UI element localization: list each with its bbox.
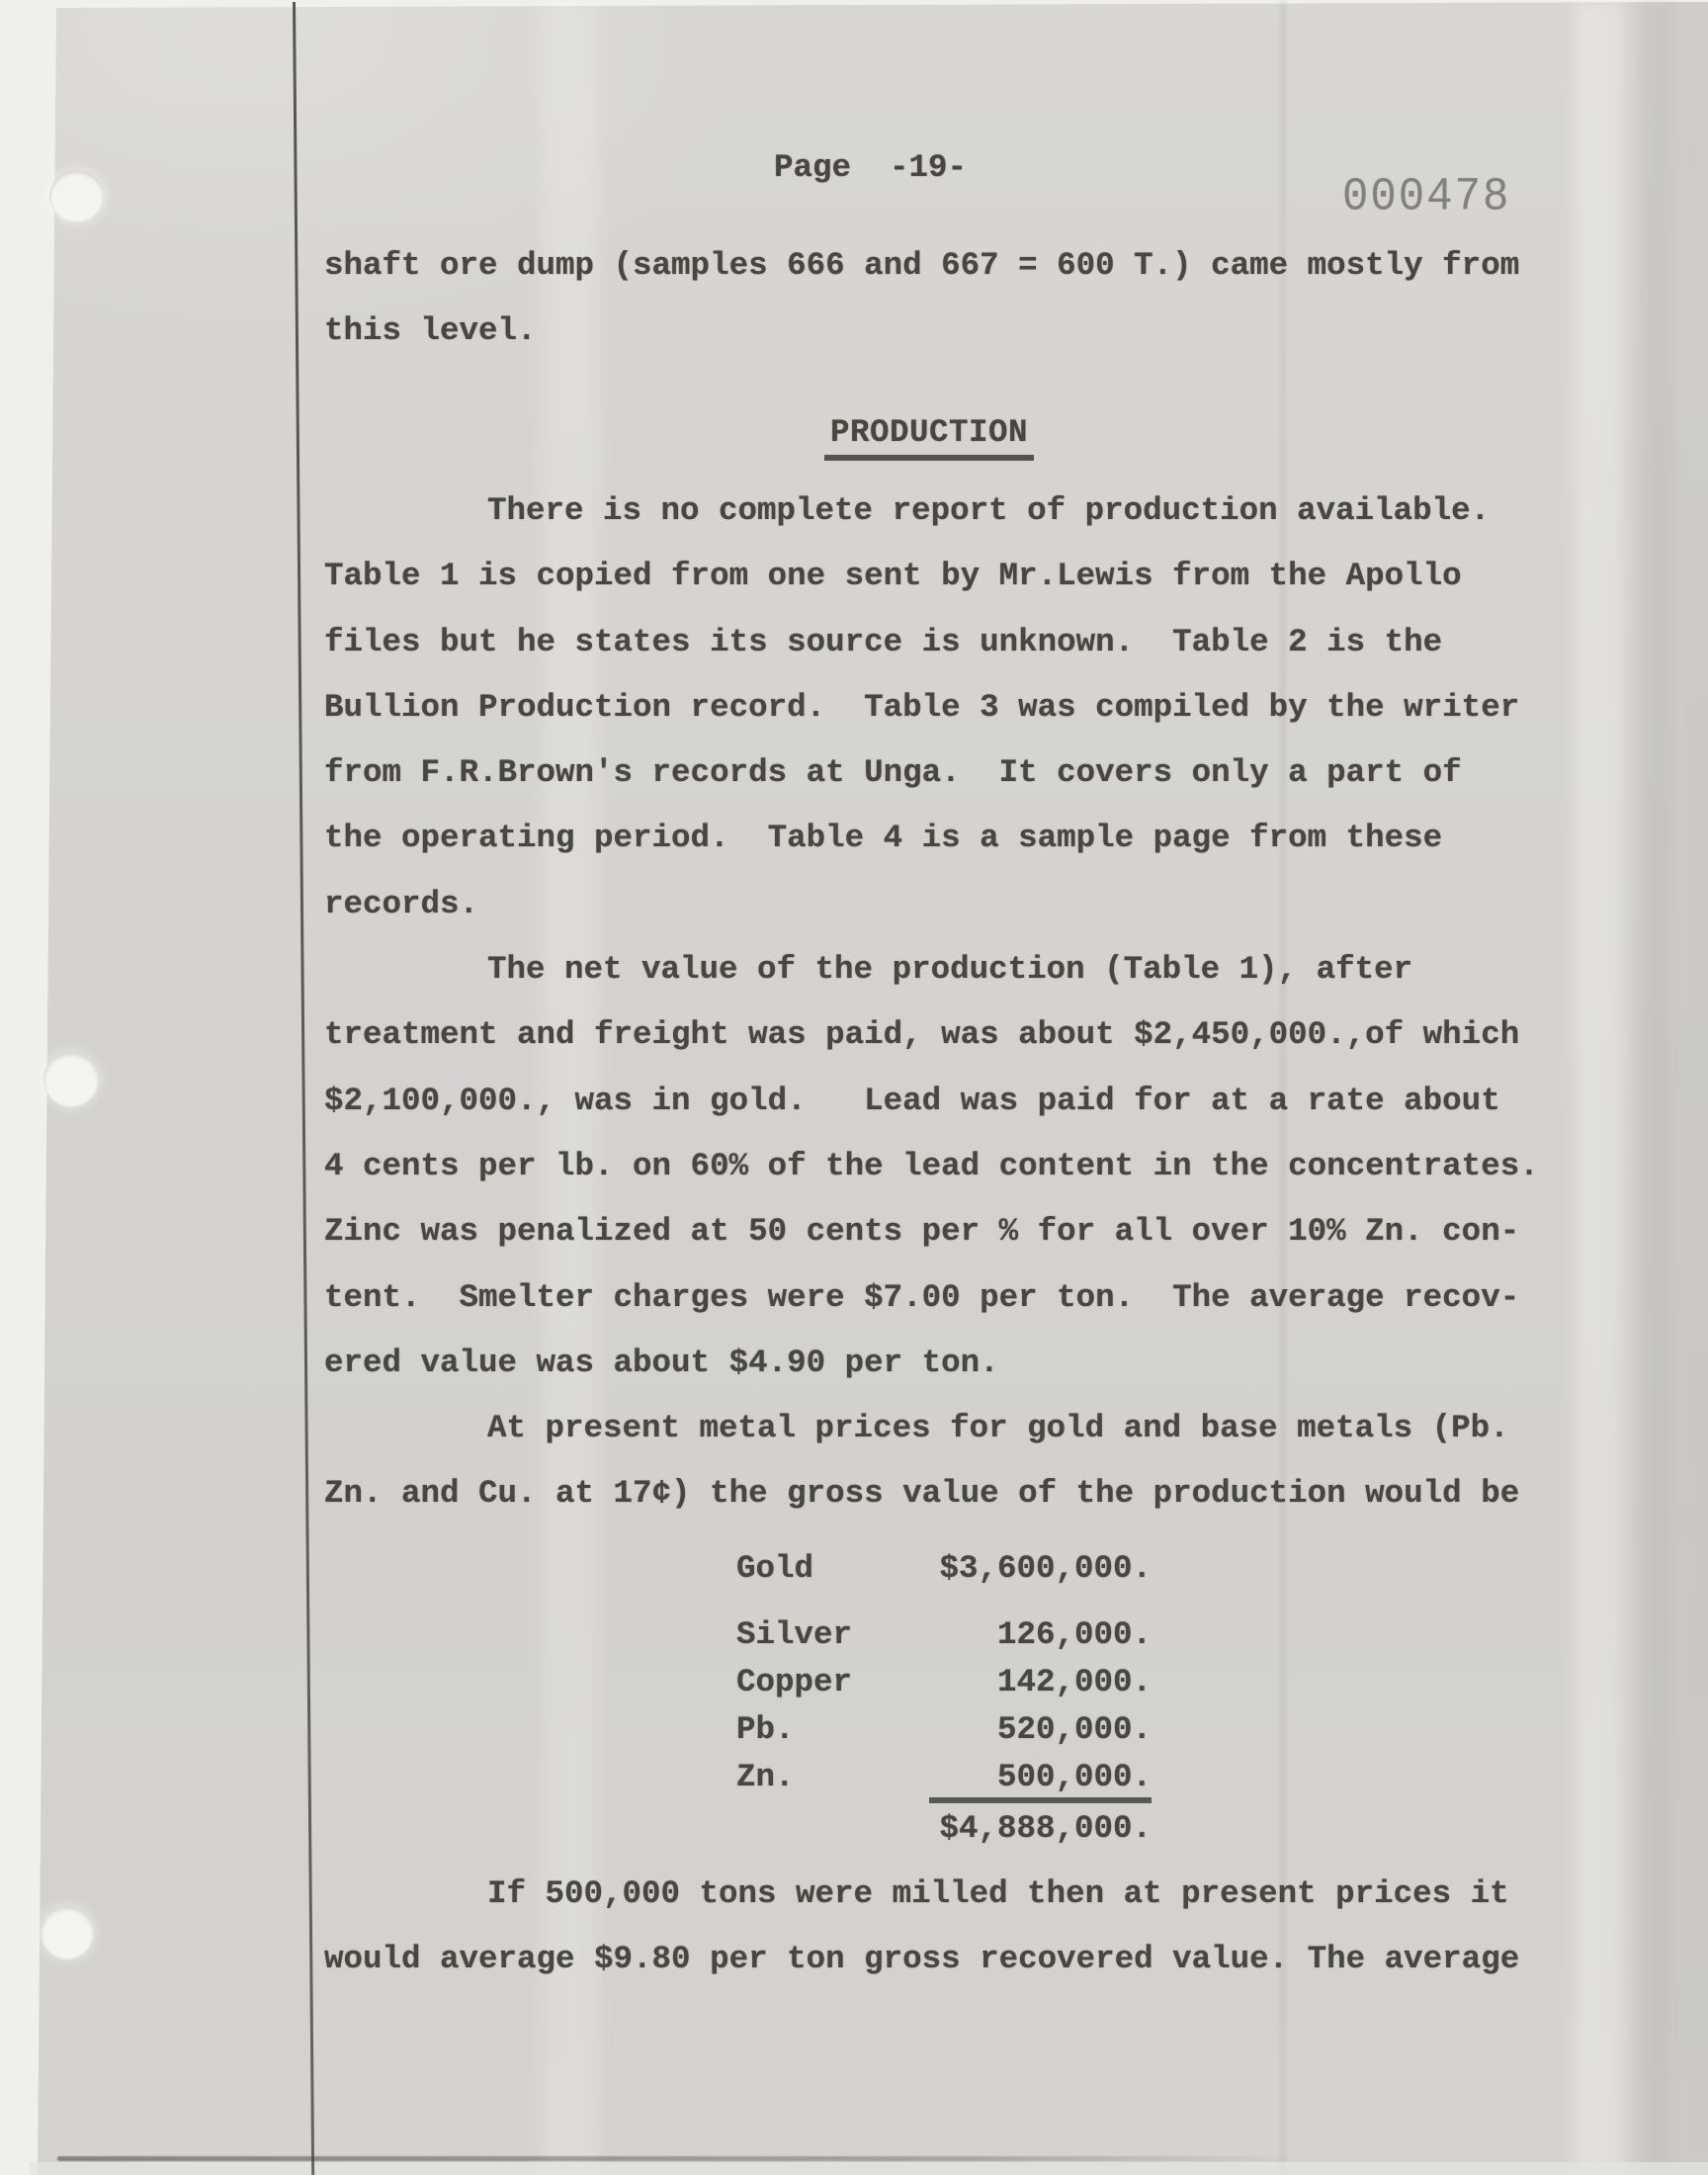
metal-value: 520,000.	[855, 1711, 1152, 1759]
paper-bottom-edge	[57, 2156, 1301, 2161]
text-line: files but he states its source is unknow…	[324, 610, 1539, 675]
total-label-spacer	[736, 1810, 855, 1858]
metal-row-copper: Copper 142,000.	[736, 1664, 1152, 1711]
text-line: this level.	[324, 299, 1519, 364]
metal-value: $3,600,000.	[855, 1550, 1152, 1616]
metal-row-lead: Pb. 520,000.	[736, 1711, 1152, 1759]
text-line: If 500,000 tons were milled then at pres…	[324, 1862, 1519, 1927]
metal-value: 126,000.	[855, 1616, 1152, 1664]
text-line: treatment and freight was paid, was abou…	[324, 1002, 1539, 1068]
metal-value: 500,000.	[855, 1759, 1152, 1806]
scanned-document-page: Page -19- 000478 shaft ore dump (samples…	[0, 0, 1708, 2175]
section-heading: PRODUCTION	[824, 415, 1034, 461]
closing-paragraph: If 500,000 tons were milled then at pres…	[324, 1862, 1519, 1993]
metals-total-value: $4,888,000.	[855, 1810, 1152, 1858]
text-line: would average $9.80 per ton gross recove…	[324, 1927, 1519, 1992]
metal-row-zinc: Zn. 500,000.	[736, 1759, 1152, 1806]
intro-paragraph: shaft ore dump (samples 666 and 667 = 60…	[324, 233, 1519, 365]
metals-value-table: Gold $3,600,000. Silver 126,000. Copper …	[736, 1550, 1152, 1858]
text-line: There is no complete report of productio…	[324, 478, 1539, 544]
metal-label: Pb.	[736, 1711, 855, 1759]
punch-hole-bottom	[41, 1906, 94, 1959]
metal-row-gold: Gold $3,600,000.	[736, 1550, 1152, 1616]
text-line: Table 1 is copied from one sent by Mr.Le…	[324, 544, 1539, 609]
metal-label: Silver	[736, 1616, 855, 1664]
text-line: Zinc was penalized at 50 cents per % for…	[324, 1199, 1539, 1264]
text-line: Zn. and Cu. at 17¢) the gross value of t…	[324, 1461, 1539, 1526]
scanner-bed-strip	[30, 2162, 1708, 2175]
text-line: The net value of the production (Table 1…	[324, 937, 1539, 1002]
document-stamp-number: 000478	[1342, 174, 1510, 221]
punch-hole-top	[49, 170, 104, 222]
text-line: $2,100,000., was in gold. Lead was paid …	[324, 1069, 1539, 1134]
metal-label: Zn.	[736, 1759, 855, 1806]
punch-hole-middle	[43, 1052, 99, 1107]
text-line: the operating period. Table 4 is a sampl…	[324, 806, 1539, 871]
body-paragraphs: There is no complete report of productio…	[324, 478, 1539, 1527]
text-line: At present metal prices for gold and bas…	[324, 1396, 1539, 1461]
text-line: records.	[324, 872, 1539, 937]
section-heading-row: PRODUCTION	[321, 415, 1537, 461]
subtotal-underline: 500,000.	[929, 1759, 1152, 1803]
metal-value: 142,000.	[855, 1664, 1152, 1711]
page-number: Page -19-	[774, 148, 967, 188]
metals-total-row: $4,888,000.	[736, 1806, 1152, 1858]
text-line: tent. Smelter charges were $7.00 per ton…	[324, 1265, 1539, 1331]
metal-row-silver: Silver 126,000.	[736, 1616, 1152, 1664]
metal-label: Gold	[736, 1550, 855, 1616]
text-line: ered value was about $4.90 per ton.	[324, 1331, 1539, 1396]
text-line: shaft ore dump (samples 666 and 667 = 60…	[324, 233, 1519, 299]
text-line: from F.R.Brown's records at Unga. It cov…	[324, 740, 1539, 806]
text-line: Bullion Production record. Table 3 was c…	[324, 675, 1539, 740]
text-line: 4 cents per lb. on 60% of the lead conte…	[324, 1134, 1539, 1199]
metal-label: Copper	[736, 1664, 855, 1711]
